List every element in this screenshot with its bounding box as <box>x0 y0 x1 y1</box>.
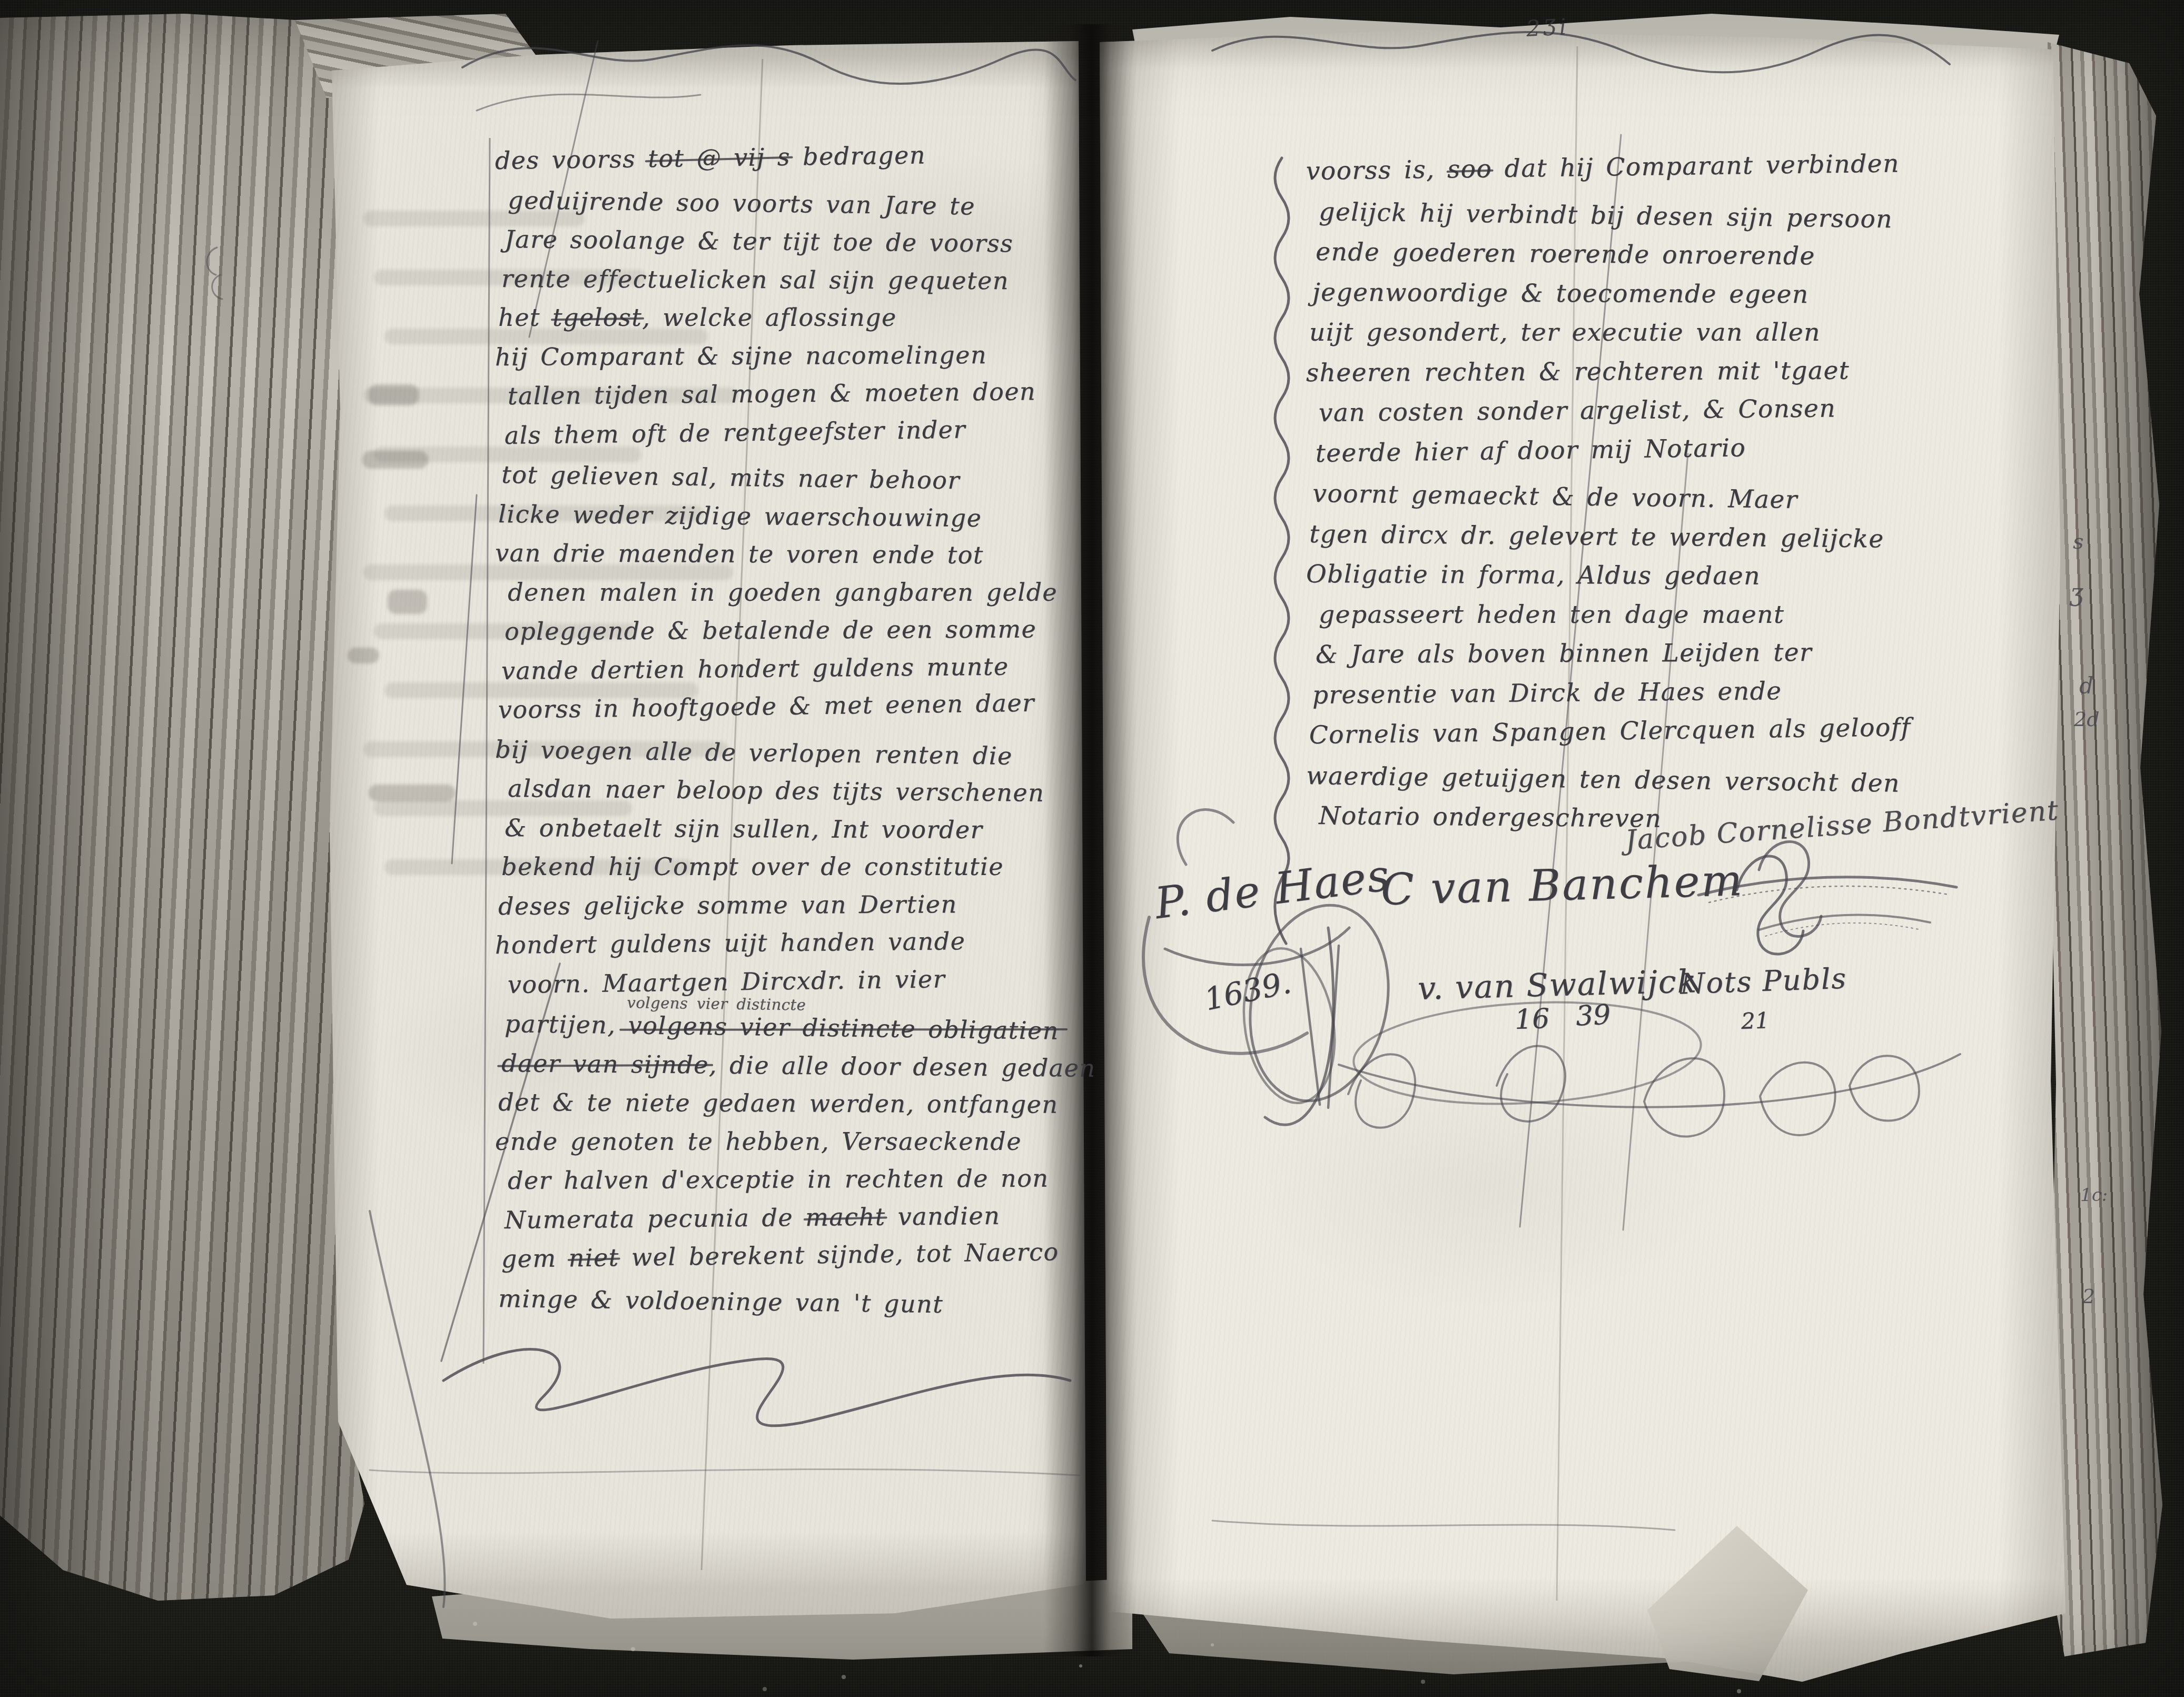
manuscript-line-left: licke weder zijdige waerschouwinge <box>498 502 982 530</box>
manuscript-line-right: presentie van Dirck de Haes ende <box>1312 679 1782 708</box>
interlinear-insertion: volgens vier distincte <box>627 995 806 1013</box>
manuscript-line-left: der halven d'exceptie in rechten de non <box>508 1166 1049 1193</box>
manuscript-line-left: Numerata pecunia de macht vandien <box>505 1203 1001 1232</box>
manuscript-line-right: ende goederen roerende onroerende <box>1316 240 1815 269</box>
manuscript-line-left: van drie maenden te voren ende tot <box>495 541 984 567</box>
manuscript-line-right: Obligatie in forma, Aldus gedaen <box>1306 562 1761 589</box>
fore-edge-ink-mark: 2 <box>2082 1285 2095 1308</box>
manuscript-line-left: denen malen in goeden gangbaren gelde <box>508 580 1058 604</box>
bleedthrough-blot <box>348 648 379 663</box>
manuscript-line-right: voorss is, soo dat hij Comparant verbind… <box>1306 151 1900 184</box>
manuscript-line-left: ende genoten te hebben, Versaeckende <box>495 1129 1022 1154</box>
manuscript-line-right: Cornelis van Spangen Clercquen als geloo… <box>1309 715 1911 748</box>
manuscript-line-right: voornt gemaeckt & de voorn. Maer <box>1312 481 1798 512</box>
manuscript-line-left: opleggende & betalende de een somme <box>505 617 1037 643</box>
manuscript-line-left: Jare soolange & ter tijt toe de voorss <box>505 227 1013 255</box>
signature-van-banchem: C van Banchem <box>1380 856 1744 915</box>
manuscript-line-left: hondert guldens uijt handen vande <box>495 929 966 957</box>
signature-notary-title: Nots Publs <box>1679 961 1847 1000</box>
manuscript-line-right: sheeren rechten & rechteren mit 'tgaet <box>1306 358 1850 385</box>
manuscript-line-left: voorn. Maartgen Dircxdr. in vier <box>507 967 945 997</box>
manuscript-line-left: hij Comparant & sijne nacomelingen <box>495 342 987 369</box>
signature-van-swalwijck: v. van Swalwijck <box>1417 963 1697 1007</box>
manuscript-line-left: det & te niete gedaen werden, ontfangen <box>498 1090 1059 1117</box>
manuscript-line-right: Notario ondergeschreven <box>1319 803 1662 831</box>
manuscript-scan: des voorss tot @ vij s bedragengeduijren… <box>0 0 2184 1697</box>
manuscript-line-right: gelijck hij verbindt bij desen sijn pers… <box>1319 200 1893 232</box>
signature-notary-title-number: 21 <box>1741 1007 1770 1034</box>
manuscript-line-left: alsdan naer beloop des tijts verschenen <box>508 776 1044 805</box>
bleedthrough-blot <box>369 785 456 801</box>
manuscript-line-right: teerde hier af door mij Notario <box>1315 435 1746 466</box>
manuscript-line-left: & onbetaelt sijn sullen, Int voorder <box>505 816 983 842</box>
manuscript-line-left: des voorss tot @ vij s bedragen <box>495 143 926 173</box>
manuscript-line-right: gepasseert heden ten dage maent <box>1319 602 1784 627</box>
fore-edge-ink-mark: 2d <box>2074 708 2100 731</box>
fore-edge-ink-mark: s <box>2073 530 2084 554</box>
manuscript-line-right: waerdige getuijgen ten desen versocht de… <box>1306 763 1900 796</box>
fore-edge-ink-mark: d <box>2079 673 2093 699</box>
ink-bleedthrough <box>0 0 2184 1697</box>
manuscript-line-right: tgen dircx dr. gelevert te werden gelijc… <box>1309 522 1884 552</box>
signature-swalwijck-year-39: 39 <box>1575 999 1611 1032</box>
manuscript-line-right: jegenwoordige & toecomende egeen <box>1312 280 1809 307</box>
manuscript-line-left: deses gelijcke somme van Dertien <box>498 892 957 918</box>
manuscript-line-left: daer van sijnde, die alle door desen ged… <box>501 1051 1096 1080</box>
manuscript-line-left: geduijrende soo voorts van Jare te <box>508 188 975 219</box>
bleedthrough-blot <box>362 451 428 469</box>
manuscript-line-left: tallen tijden sal mogen & moeten doen <box>508 379 1036 408</box>
manuscript-line-left: rente effectuelicken sal sijn gequeten <box>501 266 1009 293</box>
manuscript-line-left: het tgelost, welcke aflossinge <box>498 305 897 330</box>
manuscript-line-right: van costen sonder argelist, & Consen <box>1319 396 1836 425</box>
top-edge-ink-mark: 2Ʒi <box>1526 14 1570 42</box>
manuscript-line-left: gem niet wel berekent sijnde, tot Naerco <box>501 1239 1059 1271</box>
manuscript-line-left: als them oft de rentgeefster inder <box>504 417 966 447</box>
manuscript-line-left: minge & voldoeninge van 't gunt <box>498 1286 943 1316</box>
dust-specks <box>0 0 2 2</box>
bleedthrough-blot <box>388 590 427 614</box>
manuscript-line-right: & Jare als boven binnen Leijden ter <box>1316 640 1812 667</box>
manuscript-line-left: bij voegen alle de verlopen renten die <box>495 737 1013 768</box>
manuscript-line-left: bekend hij Compt over de constitutie <box>501 855 1004 879</box>
manuscript-line-left: tot gelieven sal, mits naer behoor <box>501 462 960 492</box>
manuscript-line-right: uijt gesondert, ter executie van allen <box>1309 320 1821 345</box>
fore-edge-ink-mark: 1c: <box>2080 1185 2108 1206</box>
bleedthrough-blot <box>369 384 419 405</box>
signature-swalwijck-year-16: 16 <box>1514 1003 1550 1036</box>
manuscript-line-left: vande dertien hondert guldens munte <box>501 654 1009 682</box>
fore-edge-ink-mark: ʒ <box>2070 578 2083 607</box>
manuscript-line-left: voorss in hooftgoede & met eenen daer <box>498 691 1034 722</box>
manuscript-line-left: partijen, volgens vier distincte obligat… <box>505 1011 1059 1043</box>
